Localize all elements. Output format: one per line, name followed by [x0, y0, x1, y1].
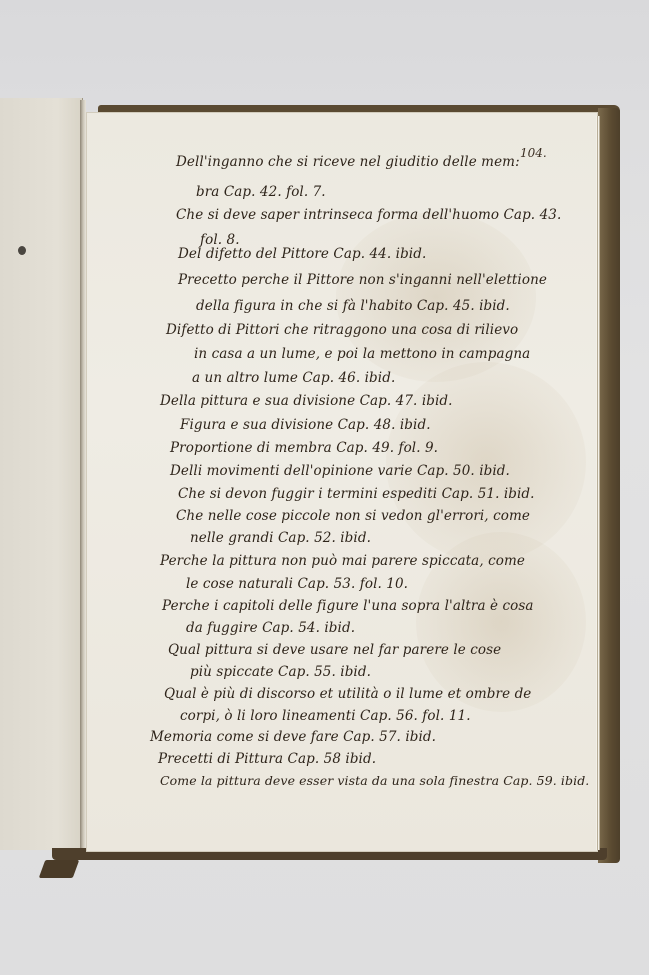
entry-line: Difetto di Pittori che ritraggono una co…	[166, 322, 518, 338]
entry-line: più spiccate Cap. 55. ibid.	[190, 664, 371, 680]
entry-line: Delli movimenti dell'opinione varie Cap.…	[170, 463, 510, 479]
entry-line: Come la pittura deve esser vista da una …	[160, 773, 589, 788]
entry-line: della figura in che si fà l'habito Cap. …	[196, 298, 510, 314]
entry-line: corpi, ò li loro lineamenti Cap. 56. fol…	[180, 708, 471, 724]
entry-line: Precetto perche il Pittore non s'inganni…	[178, 272, 547, 288]
entry-line: Qual è più di discorso et utilità o il l…	[164, 686, 531, 702]
entry-line: Che si deve saper intrinseca forma dell'…	[176, 207, 561, 223]
entry-line: Figura e sua divisione Cap. 48. ibid.	[180, 417, 431, 433]
entry-line: Precetti di Pittura Cap. 58 ibid.	[158, 751, 376, 767]
entry-line: da fuggire Cap. 54. ibid.	[186, 620, 355, 636]
entry-line: Perche la pittura non può mai parere spi…	[160, 553, 525, 569]
entry-line: nelle grandi Cap. 52. ibid.	[190, 530, 371, 546]
entry-line: in casa a un lume, e poi la mettono in c…	[194, 346, 530, 362]
entry-line: Della pittura e sua divisione Cap. 47. i…	[160, 393, 453, 409]
entry-line: Che si devon fuggir i termini espediti C…	[178, 486, 535, 502]
entry-line: le cose naturali Cap. 53. fol. 10.	[186, 576, 408, 592]
entry-line: Memoria come si deve fare Cap. 57. ibid.	[150, 729, 436, 745]
entry-line: Dell'inganno che si riceve nel giuditio …	[176, 154, 520, 170]
entry-line: Del difetto del Pittore Cap. 44. ibid.	[178, 246, 426, 262]
entry-line: a un altro lume Cap. 46. ibid.	[192, 370, 395, 386]
entry-line: Proportione di membra Cap. 49. fol. 9.	[170, 440, 438, 456]
index-entries: Dell'inganno che si riceve nel giuditio …	[0, 0, 649, 975]
entry-line: bra Cap. 42. fol. 7.	[196, 184, 326, 200]
entry-line: Qual pittura si deve usare nel far parer…	[168, 642, 501, 658]
entry-line: Perche i capitoli delle figure l'una sop…	[162, 598, 534, 614]
entry-line: Che nelle cose piccole non si vedon gl'e…	[176, 508, 530, 524]
